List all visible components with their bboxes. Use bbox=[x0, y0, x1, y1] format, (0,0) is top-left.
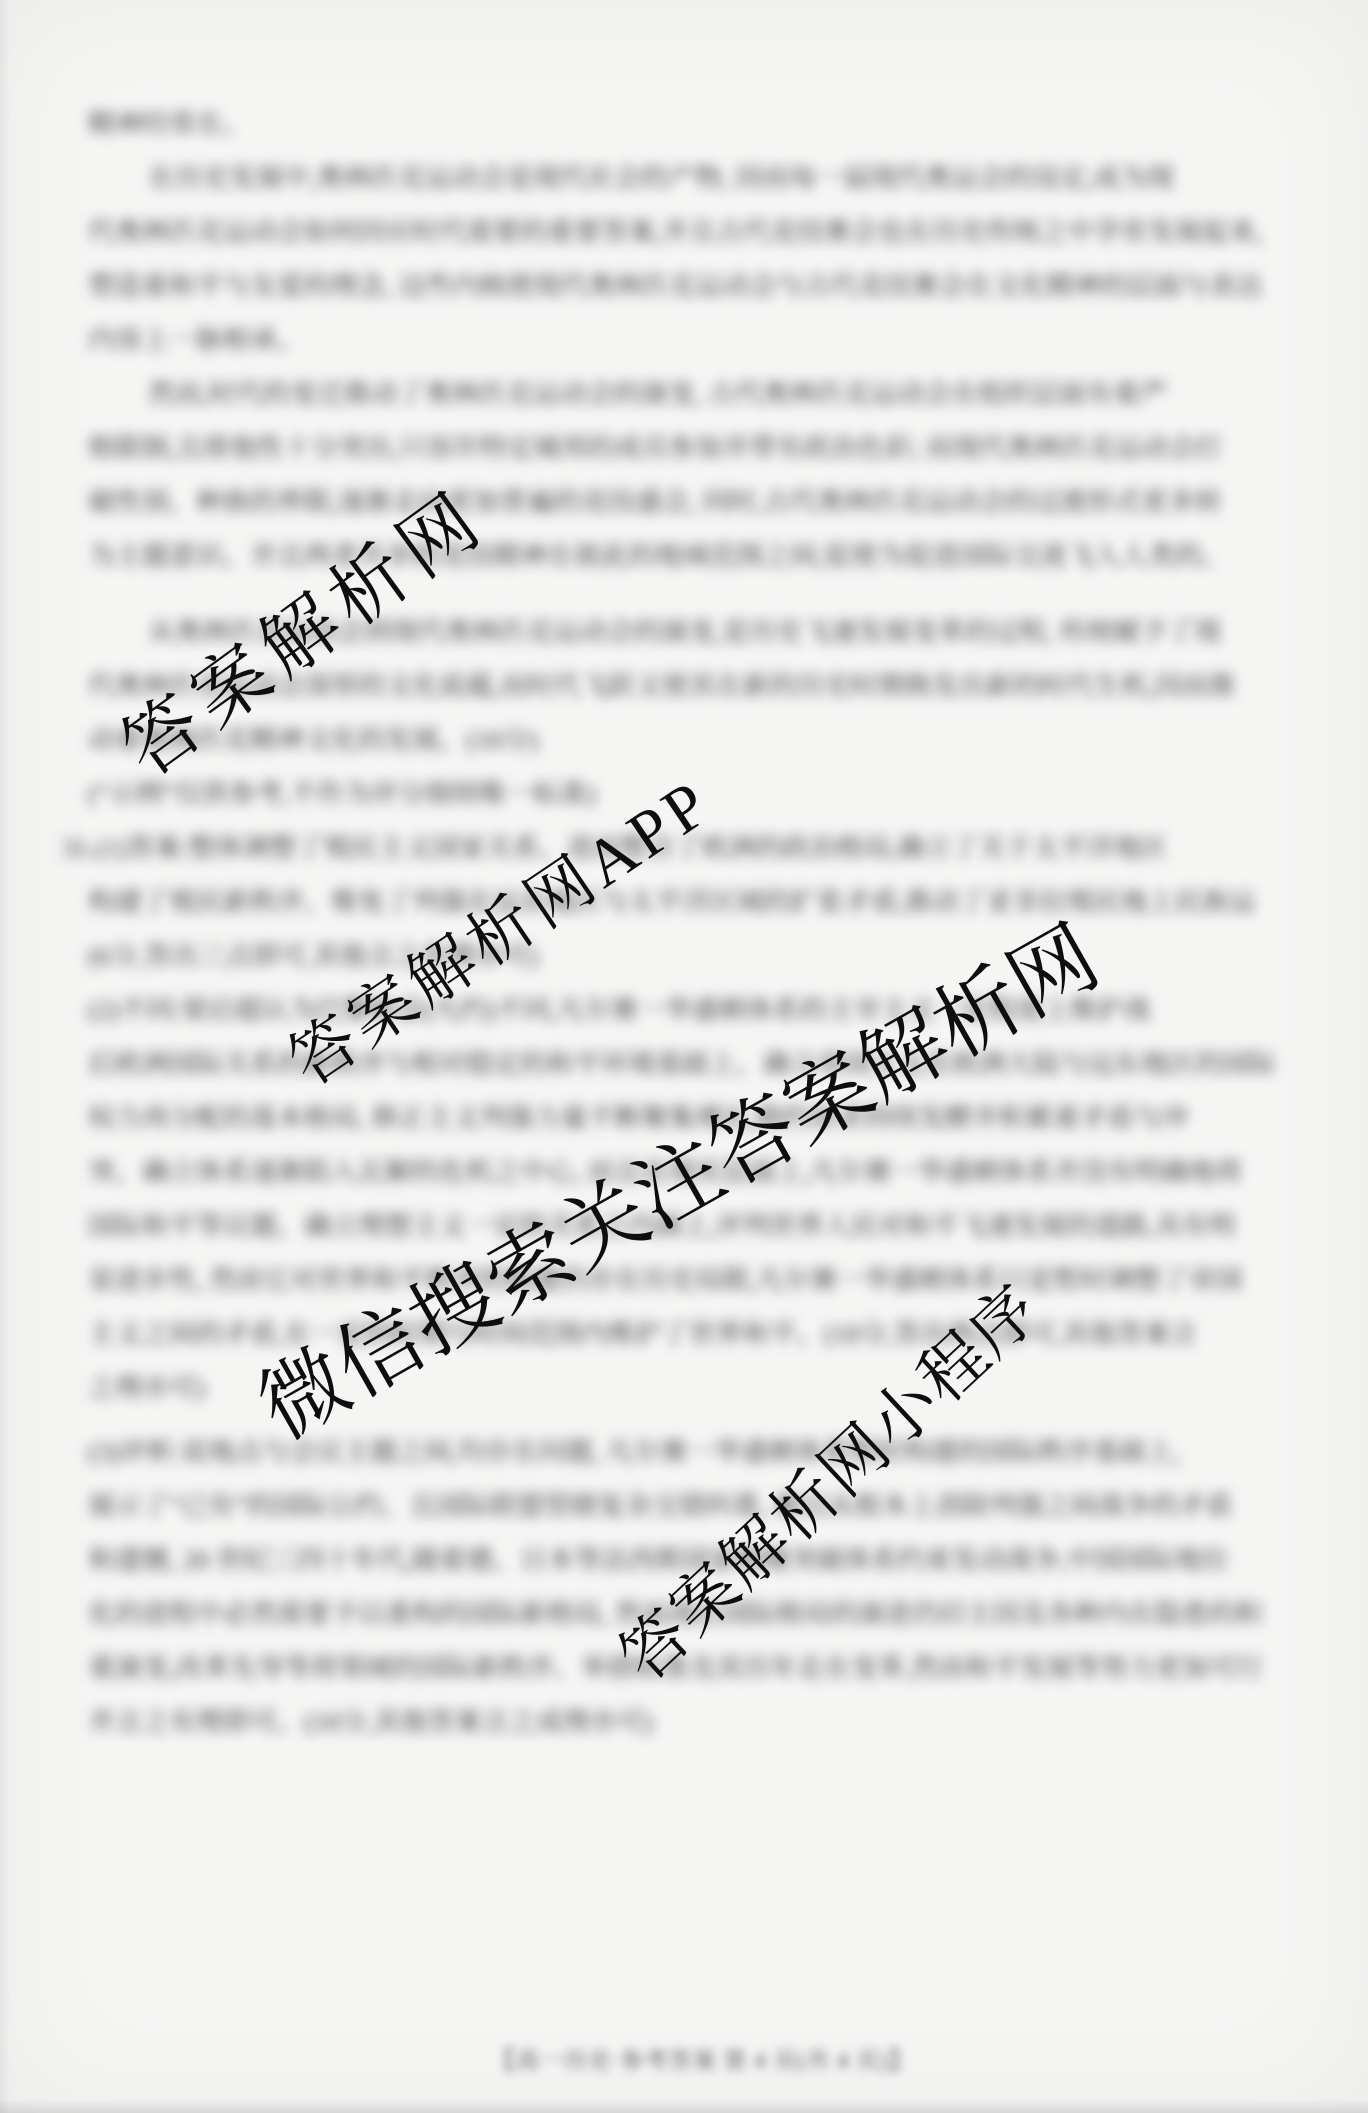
blurred-text-line: 代奥林匹克运动会如何回应时代需要的重要答案,并且古代竞技赛会也在历史传统之中孕育… bbox=[88, 215, 1263, 249]
blurred-text-line: 后欧洲国际关系的新秩序与相对稳定的和平环境基础上、确立帝国主义在欧洲大陆与远东地… bbox=[88, 1047, 1276, 1081]
blurred-text-line: 格限制,且排他性十分突出,只容许特定城邦的成员参加并带有政治色彩; 而现代奥林匹… bbox=[88, 431, 1223, 465]
blurred-text-line: 内容上一脉相承。 bbox=[88, 323, 304, 357]
blurred-text-line: 然而,时代的变迁推动了奥林匹克运动会的演变, 古代奥林匹克运动会在组织层面有着严 bbox=[148, 377, 1167, 411]
blurred-text-line: 精神经常在。 bbox=[88, 107, 250, 141]
blurred-text-line: 在历史发展中,奥林匹克运动会是现代社会的产物, 因而每一届现代奥运会的设定,成为… bbox=[148, 161, 1174, 195]
scan-edge-shading-bottom bbox=[0, 2099, 1368, 2113]
blurred-text-line: 塑造着和平与友爱的理念, 这些内核使现代奥林匹克运动会与古代竞技赛会在文化精神的… bbox=[88, 269, 1263, 303]
blurred-text-line: 构建了殖民新秩序、维免了列强在远东地区与太平洋区域的扩张矛盾,推动了亚非拉殖民地… bbox=[88, 885, 1256, 919]
scan-edge-shading-left bbox=[0, 0, 10, 2113]
blurred-text-line: (3)评析:说地点与会议主题之间,均存在问题, 凡尔赛一华盛顿体系暂时构建的国际… bbox=[88, 1435, 1180, 1469]
blurred-text-line: 之理亦可) bbox=[88, 1371, 205, 1405]
blurred-text-line: 并言之有理即可。(10分,其他答案言之成理亦可) bbox=[88, 1705, 653, 1739]
page-footer: 【高一历史·参考答案 第 4 页(共 4 页)】 bbox=[492, 2042, 913, 2075]
blurred-text-line: 破性别、种族的界限,逐渐走向更加普遍的竞技盛会, 同时,古代奥林匹克运动会的过渡… bbox=[88, 485, 1222, 519]
blurred-text-line: 显进步性, 然而它对世界和平秩序的构建仍存在历史局限,凡尔赛一华盛顿体系只是暂时… bbox=[88, 1263, 1242, 1297]
document-page: 精神经常在。在历史发展中,奥林匹克运动会是现代社会的产物, 因而每一届现代奥运会… bbox=[0, 0, 1368, 2113]
blurred-text-line: 展示了“已有”的国际公约、且国际联盟管辖复杂交错纠葛, 难以从根本上消除列强之间… bbox=[88, 1489, 1232, 1523]
blurred-text-line: 为主题意识。并且两者共享的竞技精神在彼此的地域范围之间,促使为促进国际交流飞入人… bbox=[88, 539, 1229, 573]
